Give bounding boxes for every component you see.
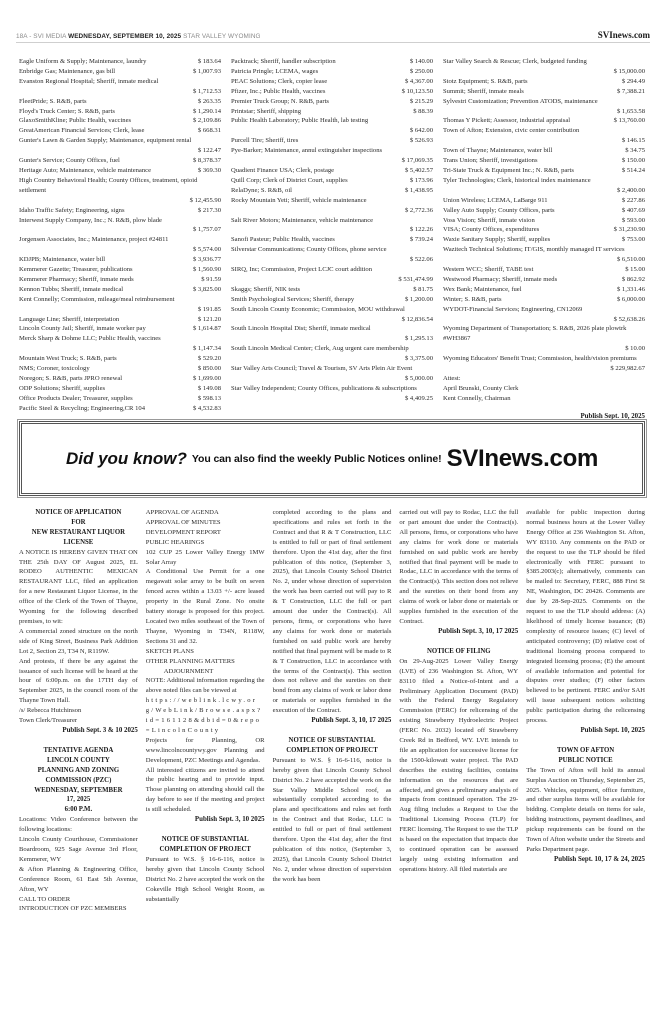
masthead: 18A - SVI MEDIA WEDNESDAY, SEPTEMBER 10,…	[16, 29, 650, 43]
claim-amount: $ 294.49	[622, 77, 645, 87]
claim-entry: KDJPB; Maintenance, water bill$ 3,936.77	[19, 255, 221, 265]
claim-payee: Westwood Pharmacy; Sheriff, inmate meds	[443, 275, 557, 285]
claim-amount: $ 522.06	[231, 255, 433, 265]
claim-payee: SIRQ, Inc; Commission, Project LCJC cour…	[231, 265, 433, 275]
claim-entry: Patricia Pringle; LCEMA, wages$ 250.00	[231, 67, 433, 77]
claim-entry: Lincoln County Jail; Sheriff, inmate wor…	[19, 324, 221, 334]
publish-date: Publish Sept. 3 & 10 2025	[19, 726, 138, 736]
claim-amount: $ 369.30	[198, 166, 221, 176]
claim-amount: $ 250.00	[410, 67, 433, 77]
claim-payee: Purcell Tire; Sheriff, tires	[231, 136, 298, 146]
claims-column-2: Packtrack; Sheriff, handler subscription…	[231, 57, 433, 407]
claim-amount: $ 183.64	[198, 57, 221, 67]
claim-entry: Tyler Technologies; Clerk, historical in…	[443, 176, 645, 196]
claim-entry: Wyoming Educators' Benefit Trust; Commis…	[443, 354, 645, 374]
claim-payee: ODP Solutions; Sheriff, supplies	[19, 384, 105, 394]
public-notices: NOTICE OF APPLICATION FOR NEW RESTAURANT…	[19, 508, 645, 1018]
claim-entry: Smith Psychological Services; Sheriff, t…	[231, 295, 433, 305]
claim-payee: GlaxoSmithKline; Public Health, vaccines	[19, 116, 131, 126]
claim-payee: South Lincoln County Economic; Commissio…	[231, 305, 433, 315]
claim-amount: $ 140.00	[410, 57, 433, 67]
claim-amount: $ 5,402.57	[405, 166, 433, 176]
agenda-item: APPROVAL OF AGENDA	[146, 508, 265, 518]
claim-amount: $ 3,375.00	[231, 354, 433, 364]
claim-payee: Office Products Dealer; Treasurer, suppl…	[19, 394, 133, 404]
agenda-invitation: All interested citizens are invited to a…	[146, 766, 265, 816]
claim-entry: Westwood Pharmacy; Sheriff, inmate meds$…	[443, 275, 645, 285]
claim-amount: $ 1,614.87	[193, 324, 221, 334]
claim-payee: Heritage Auto; Maintenance, vehicle main…	[19, 166, 151, 176]
claim-amount: $ 6,000.00	[617, 295, 645, 305]
claim-amount: $ 2,400.00	[443, 186, 645, 196]
claim-amount: $ 1,007.93	[193, 67, 221, 77]
liquor-notice-premises: A commercial zoned structure on the nort…	[19, 627, 138, 657]
agenda-adjournment: ADJOURNMENT	[146, 667, 265, 677]
afton-notice-body: The Town of Afton will hold its annual S…	[526, 766, 645, 855]
claim-amount: $ 13,760.00	[614, 116, 645, 126]
claim-amount: $ 10,123.50	[402, 87, 433, 97]
agenda-hearing: 102 CUP 25 Lower Valley Energy 1MW Solar…	[146, 548, 265, 568]
liquor-notice-title: NOTICE OF APPLICATION FOR NEW RESTAURANT…	[19, 508, 138, 548]
claim-entry: Printstar; Sheriff, shipping$ 88.39	[231, 107, 433, 117]
claim-amount: $ 1,699.00	[193, 374, 221, 384]
claim-payee: Merck Sharp & Dohme LLC; Public Health, …	[19, 334, 221, 344]
claim-payee: Town of Afton; Extension, civic center c…	[443, 126, 645, 136]
county-claims-list: Eagle Uniform & Supply; Maintenance, lau…	[19, 57, 645, 407]
claim-amount: $ 149.08	[198, 384, 221, 394]
claim-payee: KDJPB; Maintenance, water bill	[19, 255, 105, 265]
claim-payee: South Lincoln Medical Center; Clerk, Aug…	[231, 344, 433, 354]
claim-amount: $ 668.31	[198, 126, 221, 136]
claim-amount: $ 526.93	[410, 136, 433, 146]
claim-payee: Tyler Technologies; Clerk, historical in…	[443, 176, 645, 186]
claim-payee: Public Health Laboratory; Public Health,…	[231, 116, 433, 126]
claim-entry: GreatAmerican Financial Services; Clerk,…	[19, 126, 221, 136]
claim-entry: Gunter's Lawn & Garden Supply; Maintenan…	[19, 136, 221, 156]
claim-amount: $ 7,388.21	[617, 87, 645, 97]
banner-site[interactable]: SVInews.com	[447, 445, 598, 473]
claim-payee: Pfizer, Inc.; Public Health, vaccines	[231, 87, 325, 97]
claim-entry: Stotz Equipment; S. R&B, parts$ 294.49	[443, 77, 645, 87]
claim-payee: Star Valley Search & Rescue; Clerk, budg…	[443, 57, 645, 67]
claim-payee: Sylvestri Customization; Prevention ATOD…	[443, 97, 645, 107]
claim-payee: Wex Bank; Maintenance, fuel	[443, 285, 522, 295]
claim-payee: Premier Truck Group; N. R&B, parts	[231, 97, 329, 107]
agenda-title: TENTATIVE AGENDA LINCOLN COUNTY PLANNING…	[19, 746, 138, 815]
claim-payee: Patricia Pringle; LCEMA, wages	[231, 67, 318, 77]
claim-amount: $ 122.47	[19, 146, 221, 156]
claim-amount: $ 17,069.35	[231, 156, 433, 166]
afton-notice-title: TOWN OF AFTON PUBLIC NOTICE	[526, 746, 645, 766]
claim-payee: Enbridge Gas; Maintenance, gas bill	[19, 67, 115, 77]
claim-payee: Evanston Regional Hospital; Sheriff, inm…	[19, 77, 221, 87]
claim-payee: PEAC Solutions; Clerk, copier lease	[231, 77, 327, 87]
attest-chairman: Kent Connelly, Chairman	[443, 394, 645, 404]
claim-payee: Kennon Tubbs; Sheriff, inmate medical	[19, 285, 123, 295]
claim-amount: $ 146.15	[443, 136, 645, 146]
claim-amount: $ 34.75	[625, 146, 645, 156]
claim-payee: Town of Thayne; Maintenance, water bill	[443, 146, 552, 156]
claim-entry: Eagle Uniform & Supply; Maintenance, lau…	[19, 57, 221, 67]
claim-amount: $ 15,000.00	[443, 67, 645, 77]
claim-payee: Sanofi Pasteur; Public Health, vaccines	[231, 235, 335, 245]
claim-entry: Voss Vision; Sheriff, inmate vision$ 593…	[443, 216, 645, 226]
claim-entry: Silverstar Communications; County Office…	[231, 245, 433, 265]
claim-payee: Winter; S. R&B, parts	[443, 295, 502, 305]
claim-entry: ODP Solutions; Sheriff, supplies$ 149.08	[19, 384, 221, 394]
public-notices-banner: Did you know? You can also find the week…	[19, 421, 645, 496]
title-line: 6:00 P.M.	[19, 805, 138, 815]
claim-entry: Wyoming Department of Transportation; S.…	[443, 324, 645, 354]
claim-amount: $ 1,712.53	[19, 87, 221, 97]
claim-entry: Waxie Sanitary Supply; Sheriff, supplies…	[443, 235, 645, 245]
claim-entry: Rocky Mountain Yeti; Sheriff, vehicle ma…	[231, 196, 433, 216]
claim-entry: Trans Union; Sheriff, investigations$ 15…	[443, 156, 645, 166]
claim-payee: Jorgensen Associates, Inc.; Maintenance,…	[19, 235, 221, 245]
claim-amount: $ 91.59	[201, 275, 221, 285]
claim-amount: $ 1,295.13	[231, 334, 433, 344]
claim-entry: FleetPride; S. R&B, parts$ 263.35	[19, 97, 221, 107]
claims-column-3: Star Valley Search & Rescue; Clerk, budg…	[443, 57, 645, 407]
claim-entry: Merck Sharp & Dohme LLC; Public Health, …	[19, 334, 221, 354]
claim-payee: Skaggs; Sheriff, NIK tests	[231, 285, 300, 295]
notice-column-4: carried out will pay to Rodac, LLC the f…	[399, 508, 518, 1018]
liquor-notice-body: A NOTICE IS HEREBY GIVEN THAT ON THE 25t…	[19, 548, 138, 627]
claim-amount: $ 15.00	[625, 265, 645, 275]
claim-entry: Enbridge Gas; Maintenance, gas bill$ 1,0…	[19, 67, 221, 77]
claim-payee: Smith Psychological Services; Sheriff, t…	[231, 295, 354, 305]
claim-amount: $ 191.85	[19, 305, 221, 315]
claim-payee: Star Valley Independent; County Offices,…	[231, 384, 433, 394]
claim-amount: $ 3,936.77	[193, 255, 221, 265]
claim-payee: Wyoming Department of Transportation; S.…	[443, 324, 645, 344]
claim-amount: $ 4,367.00	[405, 77, 433, 87]
claim-payee: Salt River Motors; Maintenance, vehicle …	[231, 216, 433, 226]
claim-amount: $ 12,836.54	[231, 315, 433, 325]
claim-payee: GreatAmerican Financial Services; Clerk,…	[19, 126, 144, 136]
agenda-note-2: Projects for Planning, OR www.lincolncou…	[146, 736, 265, 766]
title-line: FOR	[19, 518, 138, 528]
notice-column-1: NOTICE OF APPLICATION FOR NEW RESTAURANT…	[19, 508, 138, 1018]
claim-entry: Public Health Laboratory; Public Health,…	[231, 116, 433, 136]
claim-payee: Waxie Sanitary Supply; Sheriff, supplies	[443, 235, 550, 245]
region-label: STAR VALLEY WYOMING	[183, 33, 261, 40]
notice-column-5: available for public inspection during n…	[526, 508, 645, 1018]
claim-entry: Language Line; Sheriff, interpretation$ …	[19, 315, 221, 325]
claim-entry: Jorgensen Associates, Inc.; Maintenance,…	[19, 235, 221, 255]
claim-amount: $ 8,378.37	[193, 156, 221, 166]
claim-entry: Summit; Sheriff, inmate meals$ 7,388.21	[443, 87, 645, 97]
claim-payee: Thomas Y Pickett; Assessor, industrial a…	[443, 116, 570, 126]
claim-amount: $ 1,290.14	[193, 107, 221, 117]
issue-date: WEDNESDAY, SEPTEMBER 10, 2025	[68, 33, 181, 40]
claim-payee: VISA; County Offices, expenditures	[443, 225, 539, 235]
claim-payee: NMS; Coroner, toxicology	[19, 364, 90, 374]
completion-notice-title: NOTICE OF SUBSTANTIAL COMPLETION OF PROJ…	[273, 736, 392, 756]
claim-amount: $ 121.20	[198, 315, 221, 325]
banner-question: Did you know?	[66, 449, 187, 469]
claim-payee: Kent Connelly; Commission, mileage/meal …	[19, 295, 221, 305]
claim-entry: Winter; S. R&B, parts$ 6,000.00	[443, 295, 645, 305]
claim-amount: $ 529.20	[198, 354, 221, 364]
claim-payee: Wazitech Technical Solutions; IT/GIS, mo…	[443, 245, 645, 255]
completion-notice-body-cont: carried out will pay to Rodac, LLC the f…	[399, 508, 518, 627]
claim-entry: Salt River Motors; Maintenance, vehicle …	[231, 216, 433, 236]
claim-entry: South Lincoln Medical Center; Clerk, Aug…	[231, 344, 433, 364]
claim-amount: $ 173.96	[410, 176, 433, 186]
claim-entry: Pacific Steel & Recycling; Engineering,C…	[19, 404, 221, 414]
claim-payee: RelaDyne; S. R&B, oil	[231, 186, 292, 196]
title-line: PUBLIC NOTICE	[526, 756, 645, 766]
claim-amount: $ 531,474.99	[231, 275, 433, 285]
title-line: COMPLETION OF PROJECT	[273, 746, 392, 756]
publish-date: Publish Sept. 10, 17 & 24, 2025	[526, 855, 645, 865]
claim-entry: South Lincoln County Economic; Commissio…	[231, 305, 433, 325]
claim-payee: Union Wireless; LCEMA, LaBarge 911	[443, 196, 548, 206]
agenda-item: OTHER PLANNING MATTERS	[146, 657, 265, 667]
attest-clerk: April Brunski, County Clerk	[443, 384, 645, 394]
claim-payee: Summit; Sheriff, inmate meals	[443, 87, 524, 97]
claim-amount: $ 150.00	[622, 156, 645, 166]
claim-entry: Wazitech Technical Solutions; IT/GIS, mo…	[443, 245, 645, 265]
claim-payee: Tri-State Truck & Equipment Inc.; N. R&B…	[443, 166, 574, 176]
banner-message: You can also find the weekly Public Noti…	[192, 453, 442, 465]
claim-payee: Kemmerer Pharmacy; Sheriff, inmate meds	[19, 275, 134, 285]
title-line: NEW RESTAURANT LIQUOR	[19, 528, 138, 538]
claim-entry: Premier Truck Group; N. R&B, parts$ 215.…	[231, 97, 433, 107]
claim-amount: $ 6,510.00	[443, 255, 645, 265]
claim-payee: Floyd's Truck Center; S. R&B, parts	[19, 107, 115, 117]
claim-entry: Town of Afton; Extension, civic center c…	[443, 126, 645, 146]
title-line: NOTICE OF SUBSTANTIAL	[273, 736, 392, 746]
claim-amount: $ 88.39	[413, 107, 433, 117]
agenda-item: CALL TO ORDER	[19, 895, 138, 905]
claim-entry: Purcell Tire; Sheriff, tires$ 526.93	[231, 136, 433, 146]
claim-entry: Sylvestri Customization; Prevention ATOD…	[443, 97, 645, 117]
claim-amount: $ 2,109.86	[193, 116, 221, 126]
claim-entry: PEAC Solutions; Clerk, copier lease$ 4,3…	[231, 77, 433, 87]
claim-payee: Lincoln County Jail; Sheriff, inmate wor…	[19, 324, 146, 334]
claim-entry: Tri-State Truck & Equipment Inc.; N. R&B…	[443, 166, 645, 176]
claim-entry: Kennon Tubbs; Sheriff, inmate medical$ 3…	[19, 285, 221, 295]
claim-entry: Office Products Dealer; Treasurer, suppl…	[19, 394, 221, 404]
claim-entry: Western WCC; Sheriff, TABE test$ 15.00	[443, 265, 645, 275]
claim-entry: Kent Connelly; Commission, mileage/meal …	[19, 295, 221, 315]
completion-notice-title: NOTICE OF SUBSTANTIAL COMPLETION OF PROJ…	[146, 835, 265, 855]
claim-entry: Pye-Barker; Maintenance, annul extinguis…	[231, 146, 433, 166]
agenda-location-afton: & Afton Planning & Engineering Office, C…	[19, 865, 138, 895]
claim-amount: $ 593.00	[622, 216, 645, 226]
notice-column-2: APPROVAL OF AGENDA APPROVAL OF MINUTES D…	[146, 508, 265, 1018]
claim-amount: $ 1,560.90	[193, 265, 221, 275]
site-name: SVInews.com	[598, 30, 650, 40]
claim-entry: Mountain West Truck; S. R&B, parts$ 529.…	[19, 354, 221, 364]
claim-entry: Noregon; S. R&B, parts JPRO renewal$ 1,6…	[19, 374, 221, 384]
title-line: TOWN OF AFTON	[526, 746, 645, 756]
claim-payee: Interwest Supply Company, Inc.; N. R&B, …	[19, 216, 221, 226]
claim-payee: Language Line; Sheriff, interpretation	[19, 315, 119, 325]
filing-notice-body-start: On 29-Aug-2025 Lower Valley Energy (LVE)…	[399, 657, 518, 875]
title-line: LICENSE	[19, 538, 138, 548]
agenda-hearing-description: A Conditional Use Permit for a one megaw…	[146, 567, 265, 646]
claim-amount: $ 31,230.90	[614, 225, 645, 235]
claim-amount: $ 598.13	[198, 394, 221, 404]
publish-date: Publish Sept. 3, 10 2025	[146, 815, 265, 825]
claim-payee: South Lincoln Hospital Dist; Sheriff, in…	[231, 324, 433, 334]
claim-entry: Gunter's Service; County Offices, fuel$ …	[19, 156, 221, 166]
claim-payee: Gunter's Lawn & Garden Supply; Maintenan…	[19, 136, 221, 146]
claim-entry: Evanston Regional Hospital; Sheriff, inm…	[19, 77, 221, 97]
title-line: PLANNING AND ZONING	[19, 766, 138, 776]
claim-entry: High Country Behavioral Health; County O…	[19, 176, 221, 206]
claim-amount: $ 2,772.36	[231, 206, 433, 216]
claim-payee: Pacific Steel & Recycling; Engineering,C…	[19, 404, 145, 414]
claim-amount: $ 12,455.90	[19, 196, 221, 206]
claim-payee: Quill Corp; Clerk of District Court, sup…	[231, 176, 348, 186]
title-line: COMMISSION (PZC)	[19, 776, 138, 786]
masthead-left: 18A - SVI MEDIA WEDNESDAY, SEPTEMBER 10,…	[16, 33, 261, 40]
claim-entry: Packtrack; Sheriff, handler subscription…	[231, 57, 433, 67]
claim-entry: GlaxoSmithKline; Public Health, vaccines…	[19, 116, 221, 126]
claim-amount: $ 1,331.46	[617, 285, 645, 295]
title-line: NOTICE OF APPLICATION	[19, 508, 138, 518]
agenda-location-kemmerer: Lincoln County Courthouse, Commissioner …	[19, 835, 138, 865]
claim-amount: $ 263.35	[198, 97, 221, 107]
claim-amount: $ 1,147.34	[19, 344, 221, 354]
claim-entry: Kemmerer Gazette; Treasurer, publication…	[19, 265, 221, 275]
claim-amount: $ 4,409.25	[231, 394, 433, 404]
claim-entry: Wex Bank; Maintenance, fuel$ 1,331.46	[443, 285, 645, 295]
claim-amount: $ 227.86	[622, 196, 645, 206]
claim-entry: Valley Auto Supply; County Offices, part…	[443, 206, 645, 216]
claim-amount: $ 229,982.67	[443, 364, 645, 374]
claim-entry: Town of Thayne; Maintenance, water bill$…	[443, 146, 645, 156]
claim-payee: Printstar; Sheriff, shipping	[231, 107, 301, 117]
claim-entry: Floyd's Truck Center; S. R&B, parts$ 1,2…	[19, 107, 221, 117]
claim-payee: Noregon; S. R&B, parts JPRO renewal	[19, 374, 122, 384]
claim-amount: $ 217.30	[198, 206, 221, 216]
claims-column-3-list: Star Valley Search & Rescue; Clerk, budg…	[443, 57, 645, 374]
claim-payee: Packtrack; Sheriff, handler subscription	[231, 57, 336, 67]
claim-amount: $ 5,000.00	[231, 374, 433, 384]
claim-payee: Stotz Equipment; S. R&B, parts	[443, 77, 528, 87]
claim-payee: Star Valley Arts Council; Travel & Touri…	[231, 364, 433, 374]
claim-amount: $ 122.26	[231, 225, 433, 235]
agenda-locations: Locations: Video Conference between the …	[19, 815, 138, 835]
claim-entry: SIRQ, Inc; Commission, Project LCJC cour…	[231, 265, 433, 285]
completion-notice-body-start: Pursuant to W.S. § 16-6-116, notice is h…	[146, 855, 265, 905]
claim-entry: Idaho Traffic Safety; Engineering, signs…	[19, 206, 221, 216]
claim-entry: Quadient Finance USA; Clerk, postage$ 5,…	[231, 166, 433, 176]
claim-amount: $ 1,757.07	[19, 225, 221, 235]
claim-payee: FleetPride; S. R&B, parts	[19, 97, 87, 107]
claim-entry: Kemmerer Pharmacy; Sheriff, inmate meds$…	[19, 275, 221, 285]
title-line: WEDNESDAY, SEPTEMBER	[19, 786, 138, 796]
claim-payee: Valley Auto Supply; County Offices, part…	[443, 206, 555, 216]
claims-column-1: Eagle Uniform & Supply; Maintenance, lau…	[19, 57, 221, 407]
claim-payee: Rocky Mountain Yeti; Sheriff, vehicle ma…	[231, 196, 433, 206]
claim-entry: Skaggs; Sheriff, NIK tests$ 81.75	[231, 285, 433, 295]
claim-amount: $ 1,200.00	[405, 295, 433, 305]
claim-amount: $ 4,532.83	[193, 404, 221, 414]
claim-payee: Gunter's Service; County Offices, fuel	[19, 156, 120, 166]
weblink-url[interactable]: https://weblink.lcwy.org/WebLink/Browse.…	[146, 696, 265, 736]
claim-entry: VISA; County Offices, expenditures$ 31,2…	[443, 225, 645, 235]
claim-entry: Thomas Y Pickett; Assessor, industrial a…	[443, 116, 645, 126]
agenda-item: APPROVAL OF MINUTES	[146, 518, 265, 528]
title-line: LINCOLN COUNTY	[19, 756, 138, 766]
completion-notice-body-cont: completed according to the plans and spe…	[273, 508, 392, 716]
claim-amount: $ 1,653.58	[443, 107, 645, 117]
title-line: NOTICE OF SUBSTANTIAL	[146, 835, 265, 845]
claim-payee: Wyoming Educators' Benefit Trust; Commis…	[443, 354, 645, 364]
claim-payee: Western WCC; Sheriff, TABE test	[443, 265, 533, 275]
title-line: TENTATIVE AGENDA	[19, 746, 138, 756]
publish-date: Publish Sept. 10, 2025	[526, 726, 645, 736]
claim-entry: Star Valley Search & Rescue; Clerk, budg…	[443, 57, 645, 77]
liquor-notice-protests: And protests, if there be any against th…	[19, 657, 138, 707]
claim-amount: $ 215.29	[410, 97, 433, 107]
filing-notice-title: NOTICE OF FILING	[399, 647, 518, 657]
claim-amount: $ 81.75	[413, 285, 433, 295]
claim-entry: Heritage Auto; Maintenance, vehicle main…	[19, 166, 221, 176]
signature-title: Town Clerk/Treasurer	[19, 716, 138, 726]
completion-notice-body-start: Pursuant to W.S. § 16-6-116, notice is h…	[273, 756, 392, 885]
claim-amount: $ 753.00	[622, 235, 645, 245]
claim-amount: $ 407.69	[622, 206, 645, 216]
claim-entry: Union Wireless; LCEMA, LaBarge 911$ 227.…	[443, 196, 645, 206]
claim-entry: Star Valley Arts Council; Travel & Touri…	[231, 364, 433, 384]
attest-label: Attest:	[443, 374, 645, 384]
title-line: 17, 2025	[19, 795, 138, 805]
publish-date: Publish Sept. 3, 10, 17 2025	[399, 627, 518, 637]
claim-entry: Star Valley Independent; County Offices,…	[231, 384, 433, 404]
claim-entry: South Lincoln Hospital Dist; Sheriff, in…	[231, 324, 433, 344]
claim-entry: Sanofi Pasteur; Public Health, vaccines$…	[231, 235, 433, 245]
claim-amount: $ 10.00	[443, 344, 645, 354]
agenda-item: PUBLIC HEARINGS	[146, 538, 265, 548]
claim-entry: Pfizer, Inc.; Public Health, vaccines$ 1…	[231, 87, 433, 97]
claim-amount: $ 3,825.00	[193, 285, 221, 295]
agenda-item: SKETCH PLANS	[146, 647, 265, 657]
claim-payee: Pye-Barker; Maintenance, annul extinguis…	[231, 146, 433, 156]
claim-payee: Quadient Finance USA; Clerk, postage	[231, 166, 334, 176]
claim-payee: Idaho Traffic Safety; Engineering, signs	[19, 206, 125, 216]
filing-notice-body-cont: available for public inspection during n…	[526, 508, 645, 726]
claim-amount: $ 739.24	[410, 235, 433, 245]
claim-payee: Kemmerer Gazette; Treasurer, publication…	[19, 265, 133, 275]
notice-column-3: completed according to the plans and spe…	[273, 508, 392, 1018]
claim-amount: $ 642.00	[231, 126, 433, 136]
claim-payee: Mountain West Truck; S. R&B, parts	[19, 354, 117, 364]
signature-name: /s/ Rebecca Hutchinson	[19, 706, 138, 716]
claim-entry: Interwest Supply Company, Inc.; N. R&B, …	[19, 216, 221, 236]
claim-payee: WYDOT-Financial Services; Engineering, C…	[443, 305, 645, 315]
publish-date: Publish Sept. 3, 10, 17 2025	[273, 716, 392, 726]
claim-entry: RelaDyne; S. R&B, oil$ 1,438.95	[231, 186, 433, 196]
claim-payee: Trans Union; Sheriff, investigations	[443, 156, 538, 166]
claim-entry: NMS; Coroner, toxicology$ 850.00	[19, 364, 221, 374]
agenda-note: NOTE: Additional information regarding t…	[146, 676, 265, 696]
attest-block: Attest: April Brunski, County Clerk Kent…	[443, 374, 645, 404]
claim-amount: $ 52,638.26	[443, 315, 645, 325]
page-label: 18A - SVI MEDIA	[16, 33, 66, 40]
claim-entry: WYDOT-Financial Services; Engineering, C…	[443, 305, 645, 325]
claim-entry: Quill Corp; Clerk of District Court, sup…	[231, 176, 433, 186]
agenda-item: INTRODUCTION OF PZC MEMBERS	[19, 904, 138, 914]
claim-payee: Eagle Uniform & Supply; Maintenance, lau…	[19, 57, 146, 67]
claim-amount: $ 1,438.95	[405, 186, 433, 196]
